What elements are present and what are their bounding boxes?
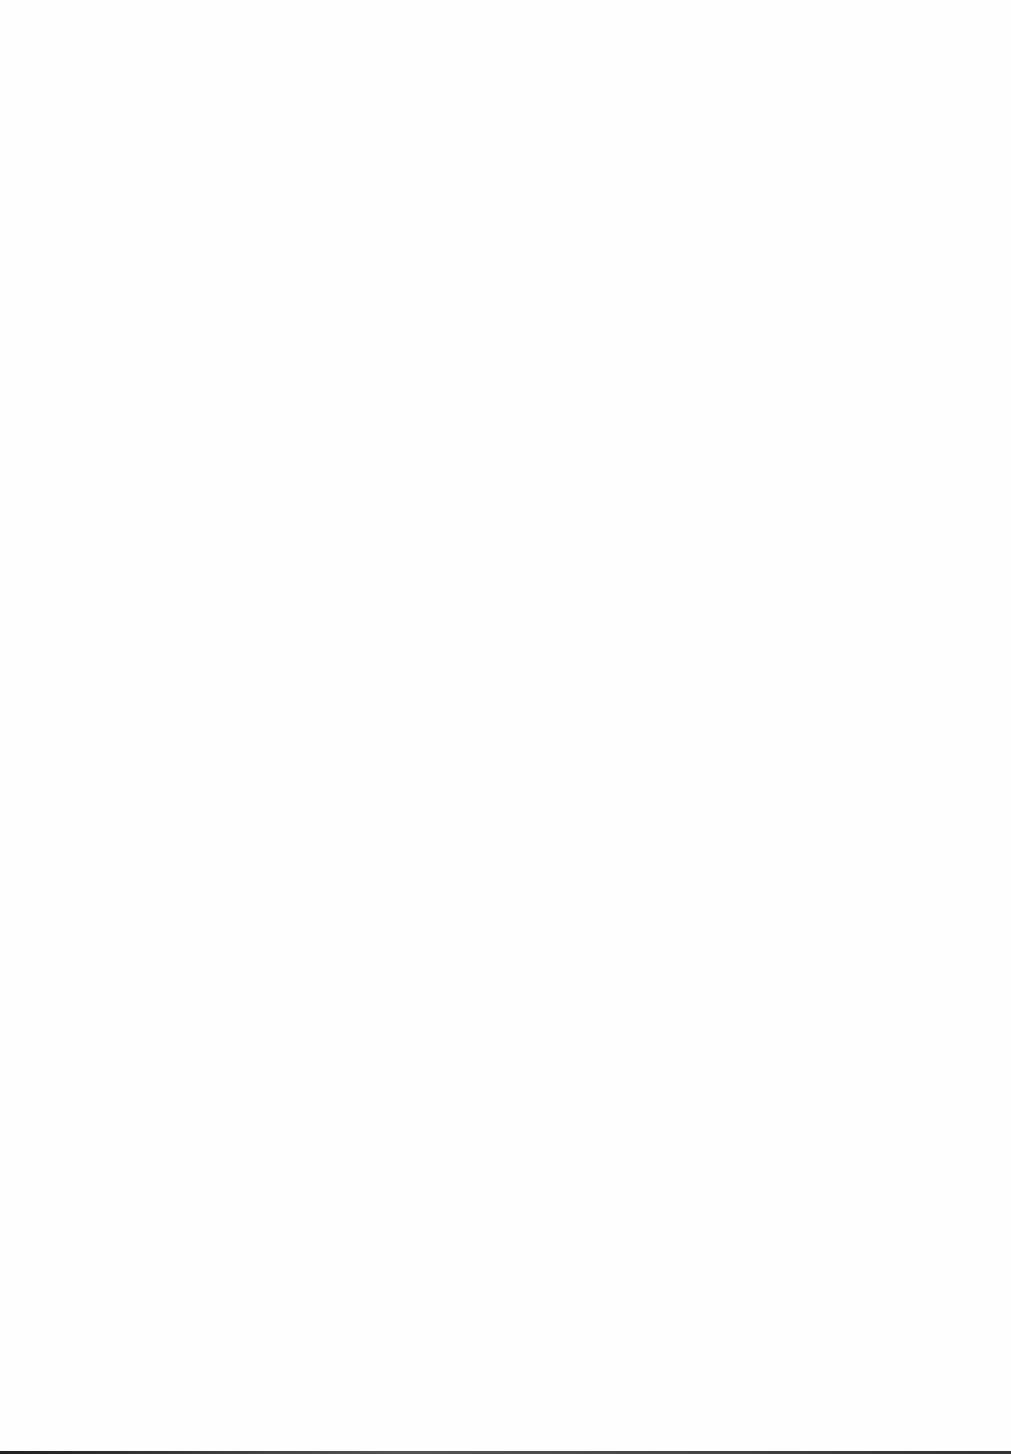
paw-bone-border-top [0,0,1011,96]
paw-bone-border-bottom [0,1358,1011,1452]
